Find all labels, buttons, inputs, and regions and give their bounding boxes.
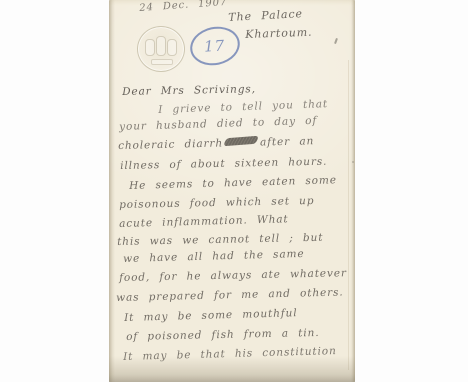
letter-line: acute inflammation. What [119,213,289,230]
letter-line: was prepared for me and others. [116,286,344,304]
letter-line: poisonous food which set up [119,195,315,211]
letter-line: It may be that his constitution [123,345,337,363]
letter-photograph: 24 Dec. 1907 The Palace Khartoum. 17 Dea… [0,0,468,382]
ink-speck [334,38,338,44]
lot-number: 17 [204,38,226,54]
letter-line: choleraic diarrhafter an [118,135,314,152]
ink-speck [352,161,354,163]
letter-line: He seems to have eaten some [129,174,337,192]
letter-line-text: choleraic diarrh [118,137,223,152]
lot-number-circle: 17 [187,22,244,70]
ink-blot [223,136,259,147]
letter-line: illness of about sixteen hours. [120,156,327,172]
letter-salutation: Dear Mrs Scrivings, [122,83,256,98]
paper-crease [348,60,349,370]
letter-line: of poisoned fish from a tin. [126,327,320,343]
letter-line: It may be some mouthful [124,307,298,324]
embossed-crest-icon [137,26,185,72]
letter-line: your husband died to day of [119,115,317,133]
letterhead-address-line2: Khartoum. [245,26,313,41]
paper-right-edge [351,0,355,382]
letterhead-address-line1: The Palace [228,7,303,24]
letter-line: this was we cannot tell ; but [117,232,324,248]
letter-line-text: after an [260,135,314,148]
letter-line: we have all had the same [123,248,305,265]
letter-line: I grieve to tell you that [158,98,328,116]
letter-date: 24 Dec. 1907 [139,0,228,14]
letter-page: 24 Dec. 1907 The Palace Khartoum. 17 Dea… [109,0,355,382]
letter-line: food, for he always ate whatever [119,267,347,284]
